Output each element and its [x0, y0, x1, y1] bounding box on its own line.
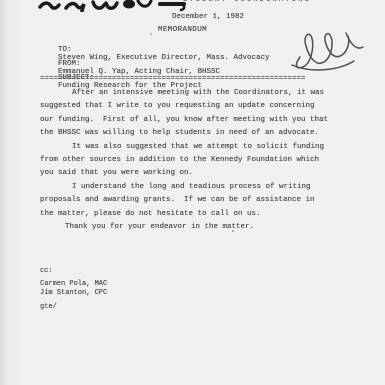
body-line: you said that you were working on.: [40, 167, 345, 180]
paragraph: It was also suggested that we attempt to…: [40, 141, 345, 181]
body-line: our funding. First of all, you know afte…: [40, 114, 345, 127]
paragraph: I understand the long and teadious proce…: [40, 181, 345, 221]
body-line: the BHSSC was willing to help students i…: [40, 127, 345, 140]
cc-name: Carmen Pola, MAC: [40, 280, 107, 289]
body-line: After an intensive meeting with the Coor…: [40, 87, 345, 100]
cc-label: cc:: [40, 267, 107, 276]
memo-date: December 1, 1982: [172, 13, 244, 21]
letterhead-org-line: STUDENT COORDINATING: [183, 0, 311, 4]
scan-speck: [232, 230, 234, 232]
typist-initials: gte/: [40, 303, 107, 312]
paragraph: After an intensive meeting with the Coor…: [40, 87, 345, 141]
body-line: Thank you for your endeavor in the matte…: [40, 221, 345, 234]
body-line: I understand the long and teadious proce…: [40, 181, 345, 194]
body-line: from other sources in addition to the Ke…: [40, 154, 345, 167]
letterhead-logo-icon: [38, 0, 188, 12]
body-line: suggested that I write to you requesting…: [40, 100, 345, 113]
scan-speck: [150, 33, 152, 35]
cc-name: Jim Stanton, CPC: [40, 289, 107, 298]
paragraph: Thank you for your endeavor in the matte…: [40, 221, 345, 234]
cc-block: cc: Carmen Pola, MAC Jim Stanton, CPC gt…: [40, 267, 107, 312]
body-line: proposals and awarding grants. If we can…: [40, 194, 345, 207]
memo-title: MEMORANDUM: [158, 26, 207, 34]
memo-document: STUDENT COORDINATING December 1, 1982 ME…: [0, 0, 385, 385]
body-line: It was also suggested that we attempt to…: [40, 141, 345, 154]
memo-body: After an intensive meeting with the Coor…: [40, 87, 345, 234]
divider-line: ========================================…: [40, 75, 306, 83]
body-line: the matter, please do not hesitate to ca…: [40, 208, 345, 221]
handwritten-signature-icon: [288, 27, 368, 73]
